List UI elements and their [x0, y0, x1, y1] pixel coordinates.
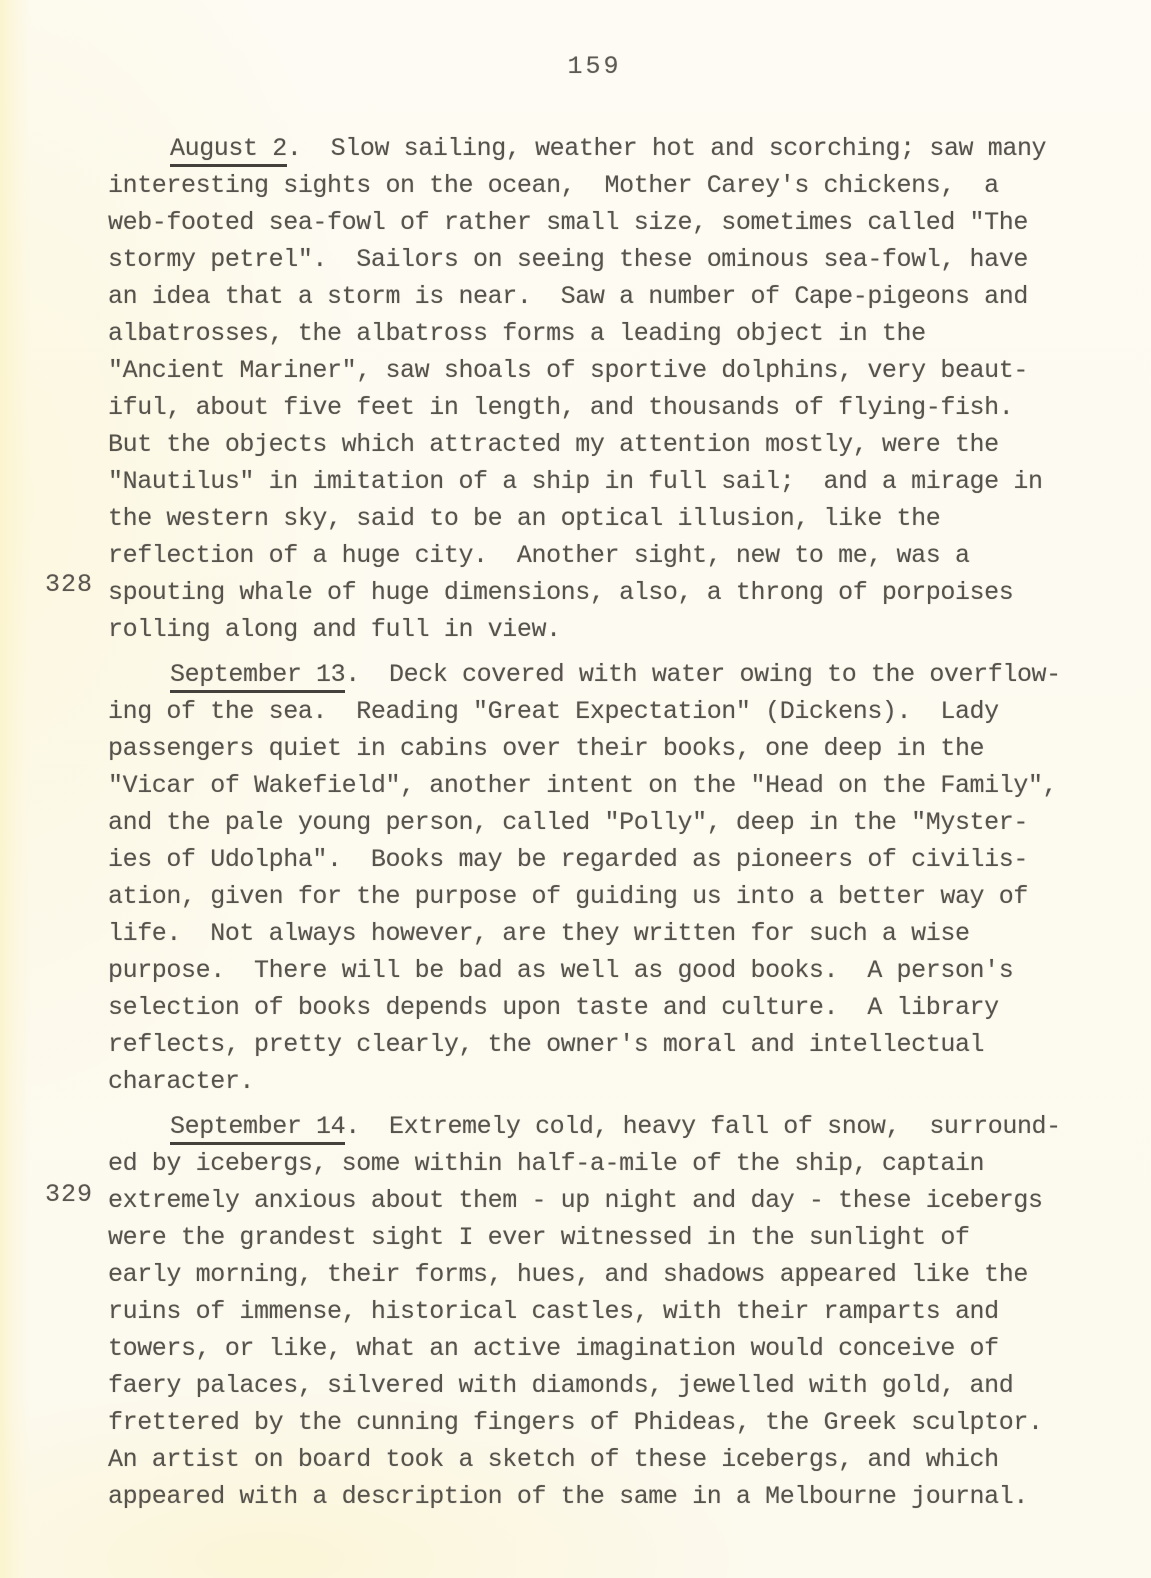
entry-date-september-14: September 14	[170, 1112, 345, 1145]
diary-entry-september-14: September 14. Extremely cold, heavy fall…	[108, 1108, 1108, 1515]
entry-date-august-2: August 2	[170, 134, 287, 167]
margin-number-329: 329	[45, 1180, 93, 1209]
margin-number-328: 328	[45, 570, 93, 599]
entry-first-line: . Deck covered with water owing to the o…	[345, 660, 1061, 689]
entry-first-line: . Extremely cold, heavy fall of snow, su…	[345, 1112, 1061, 1141]
diary-entry-september-13: September 13. Deck covered with water ow…	[108, 656, 1108, 1100]
page-body: August 2. Slow sailing, weather hot and …	[108, 130, 1108, 1523]
entry-first-line: . Slow sailing, weather hot and scorchin…	[287, 134, 1046, 163]
page-number: 159	[0, 52, 1151, 81]
entry-text: ed by icebergs, some within half-a-mile …	[108, 1145, 1108, 1515]
entry-text: ing of the sea. Reading "Great Expectati…	[108, 693, 1108, 1100]
entry-date-september-13: September 13	[170, 660, 345, 693]
scanned-typescript-page: 159 328 329 August 2. Slow sailing, weat…	[0, 0, 1151, 1578]
entry-text: interesting sights on the ocean, Mother …	[108, 167, 1108, 648]
diary-entry-august-2: August 2. Slow sailing, weather hot and …	[108, 130, 1108, 648]
